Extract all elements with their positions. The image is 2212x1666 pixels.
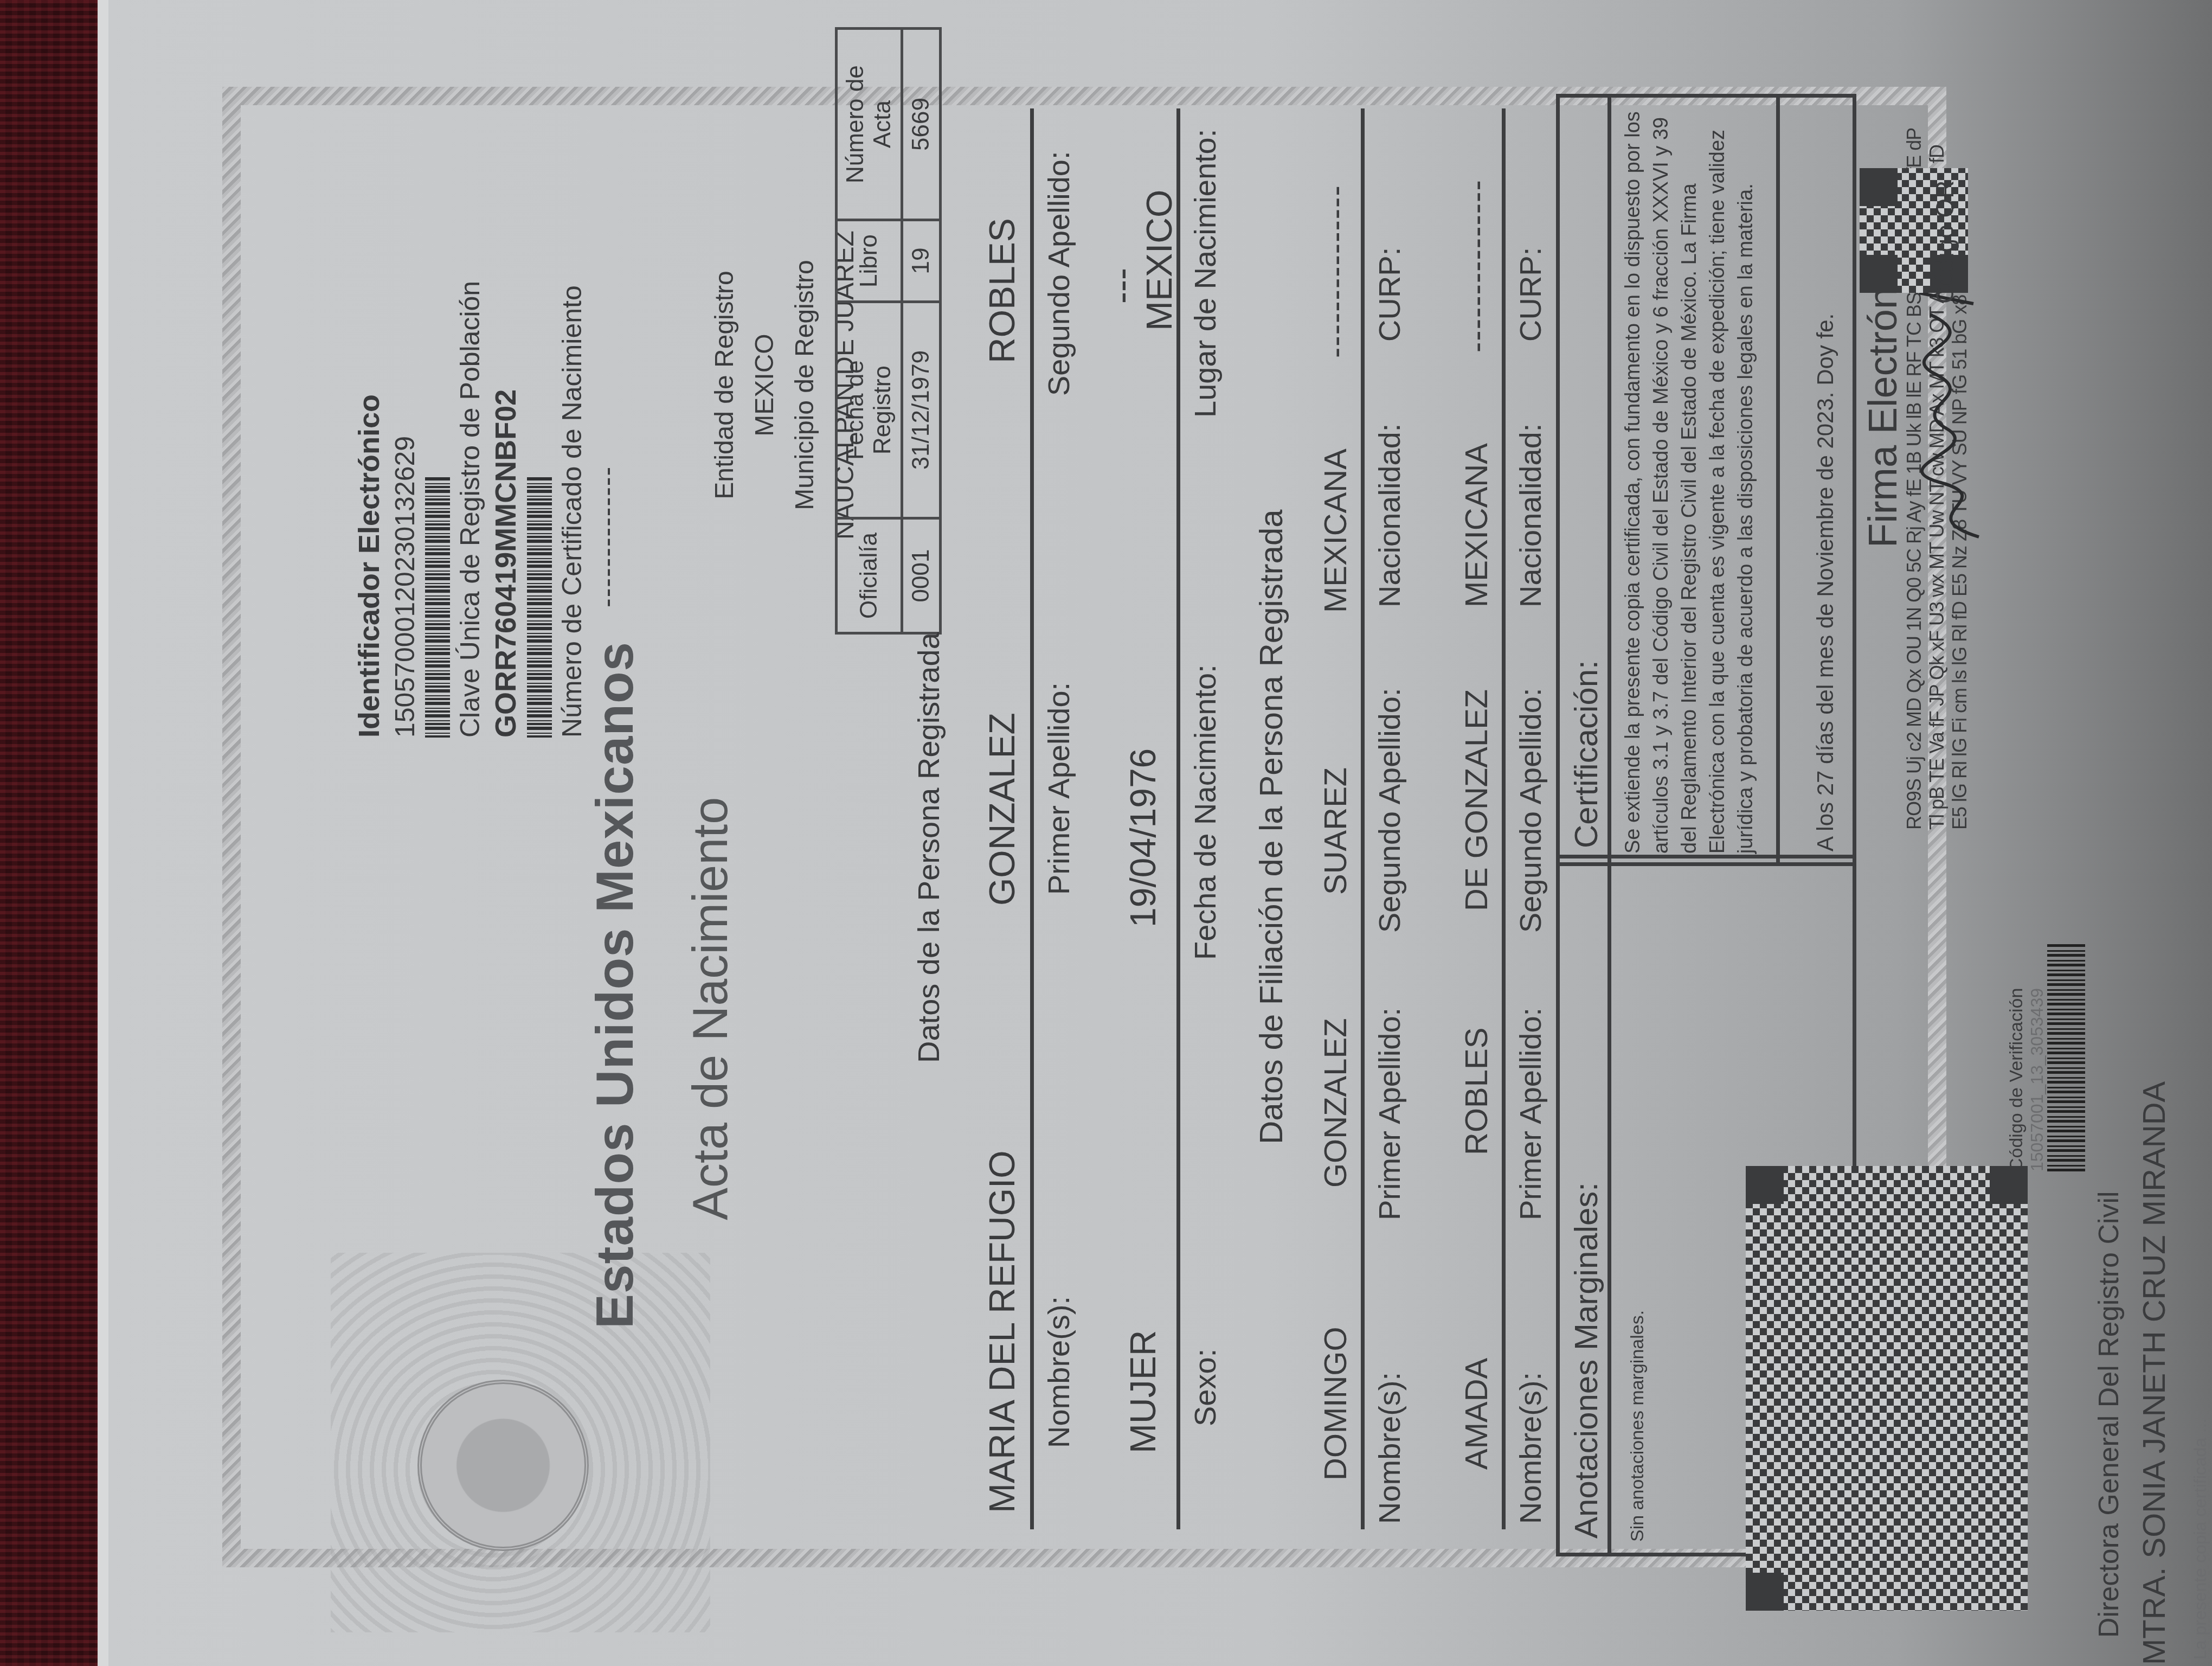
persona-segundo-apellido-value: ROBLES [981,218,1023,363]
persona-sexo-value: MUJER [1122,1330,1163,1453]
madre-primer-apellido-label: Primer Apellido: [1513,1008,1548,1220]
persona-section-title: Datos de la Persona Registrada [911,632,946,1063]
padre-segundo-apellido-value: SUAREZ [1317,767,1354,895]
persona-sexo-label: Sexo: [1187,1349,1223,1426]
persona-fecha-nacimiento-label: Fecha de Nacimiento: [1187,664,1223,960]
td-oficialia: 0001 [902,518,941,633]
divider [1502,108,1506,1529]
certificacion-title: Certificación: [1560,98,1611,862]
entidad-value: MEXICO [745,141,785,629]
certificacion-fecha: A los 27 días del mes de Noviembre de 20… [1776,98,1871,862]
directora-nombre: MTRA. SONIA JANETH CRUZ MIRANDA [2136,1081,2172,1665]
padre-primer-apellido-value: GONZALEZ [1317,1018,1354,1188]
td-fecha-registro: 31/12/1979 [902,302,941,518]
identificador-barcode [425,477,450,738]
divider [1361,108,1365,1529]
padre-segundo-apellido-label: Segundo Apellido: [1372,688,1407,933]
persona-primer-apellido-value: GONZALEZ [981,713,1023,906]
verificacion-label: Código de Verificación [2006,889,2027,1171]
document-title: Acta de Nacimiento [683,797,739,1220]
padre-curp-label: CURP: [1372,247,1407,342]
th-oficialia: Oficialía [837,518,902,633]
identifiers-block: Identificador Electrónico 15057000120230… [352,141,626,738]
registration-table: Oficialía Fecha de Registro Libro Número… [835,27,942,635]
certificado-value: -------------- [591,141,622,738]
padre-curp-value: --------------- [1317,184,1354,358]
persona-nombre-value: MARIA DEL REFUGIO [981,1150,1023,1513]
th-fecha-registro: Fecha de Registro [837,302,902,518]
divider [1030,108,1034,1529]
madre-nombre-value: AMADA [1458,1358,1495,1470]
verificacion-value: 15057001_13_3053439 [2027,889,2047,1171]
national-seal-icon [417,1380,589,1551]
persona-fecha-nacimiento-value: 19/04/1976 [1122,748,1163,927]
padre-nombre-value: DOMINGO [1317,1327,1354,1481]
birth-certificate-document: Estados Unidos Mexicanos Acta de Nacimie… [136,27,1979,1632]
madre-primer-apellido-value: ROBLES [1458,1028,1495,1155]
certificado-label: Número de Certificado de Nacimiento [556,141,588,738]
madre-segundo-apellido-label: Segundo Apellido: [1513,688,1548,933]
municipio-label: Municipio de Registro [785,141,825,629]
entidad-label: Entidad de Registro [705,141,745,629]
filiacion-section-title: Datos de Filiación de la Persona Registr… [1252,509,1290,1144]
th-libro: Libro [837,220,902,302]
qr-label: Código QR [1930,180,1959,304]
persona-lugar-nacimiento-value: MEXICO [1139,190,1180,331]
certificacion-box: Certificación: Se extiende la presente c… [1556,94,1856,866]
madre-nacionalidad-label: Nacionalidad: [1513,424,1548,607]
td-numero-acta: 5669 [902,29,941,220]
th-numero-acta: Número de Acta [837,29,902,220]
identificador-label: Identificador Electrónico [352,141,386,738]
madre-segundo-apellido-value: DE GONZALEZ [1458,689,1495,911]
madre-nombre-label: Nombre(s): [1513,1372,1548,1524]
padre-nacionalidad-value: MEXICANA [1317,448,1354,613]
td-libro: 19 [902,220,941,302]
large-qr-code-icon[interactable] [1746,1166,2028,1611]
verification-block: Código de Verificación 15057001_13_30534… [2006,889,2085,1171]
certificacion-text: Se extiende la presente copia certificad… [1611,98,1776,862]
curp-barcode [527,477,552,738]
madre-curp-label: CURP: [1513,247,1548,342]
persona-primer-apellido-label: Primer Apellido: [1041,682,1076,895]
padre-primer-apellido-label: Primer Apellido: [1372,1008,1407,1220]
madre-curp-value: --------------- [1458,179,1495,353]
persona-lugar-nacimiento-label: Lugar de Nacimiento: [1187,129,1223,418]
verification-barcode [2047,944,2085,1171]
identificador-value: 15057000120230132629 [389,141,421,738]
persona-segundo-apellido-label: Segundo Apellido: [1041,151,1076,396]
footer-note: La presente copia certificada ... [2190,1418,2210,1659]
persona-nombre-label: Nombre(s): [1041,1296,1076,1448]
anotaciones-title: Anotaciones Marginales: [1560,858,1611,1553]
curp-value: GORR760419MMCNBF02 [489,141,523,738]
curp-label: Clave Única de Registro de Población [454,141,486,738]
document-bottom-strip: Directora General Del Registro Civil MTR… [2017,65,2190,1638]
directora-cargo: Directora General Del Registro Civil [2093,987,2125,1638]
divider [1176,108,1180,1529]
country-title: Estados Unidos Mexicanos [586,642,645,1329]
madre-nacionalidad-value: MEXICANA [1458,443,1495,607]
padre-nombre-label: Nombre(s): [1372,1372,1407,1524]
anotaciones-text: Sin anotaciones marginales. [1611,858,1663,1553]
padre-nacionalidad-label: Nacionalidad: [1372,424,1407,607]
persona-lugar-extra: --- [1101,268,1142,304]
